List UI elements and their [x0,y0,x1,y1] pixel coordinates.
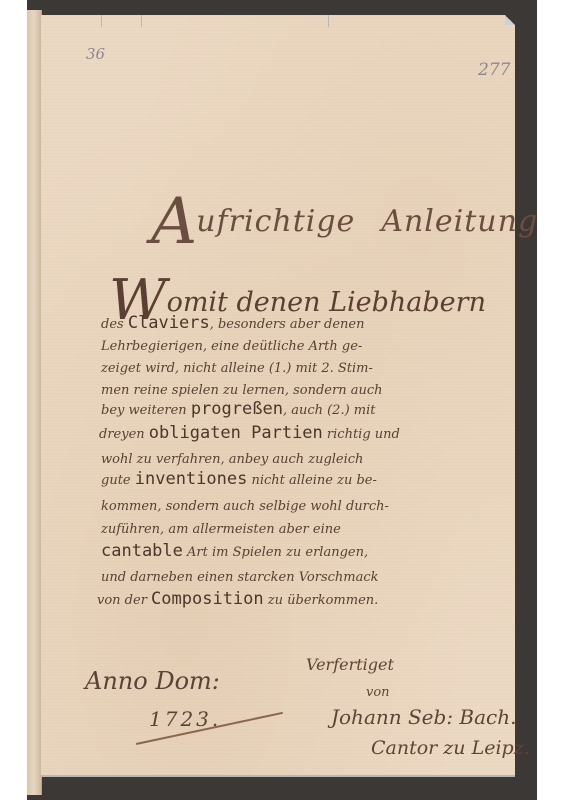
signature-verfertiget: Verfertiget [306,655,394,674]
text-line: cantable Art im Spielen zu erlangen, [101,543,368,560]
folio-number-right: 277 [478,60,510,80]
edge-mark [101,15,102,27]
text-line: zuführen, am allermeisten aber eine [101,520,341,537]
signature-von: von [366,685,390,700]
text-line: men reine spielen zu lernen, sondern auc… [101,381,383,398]
text-line: des Claviers, besonders aber denen [101,315,364,332]
text-line: bey weiteren progreßen, auch (2.) mit [101,401,376,418]
binding-strip [27,10,42,795]
text-line: von der Composition zu überkommen. [97,591,378,608]
edge-mark [141,15,142,27]
torn-corner [505,15,515,25]
page-title: AufrichtigeAnleitung [151,173,537,247]
text-line: und darneben einen starcken Vorschmack [101,568,379,585]
date-label: Anno Dom: [85,667,220,695]
signature-name: Johann Seb: Bach. [331,705,516,729]
edge-mark [328,15,329,27]
manuscript-page: 36 277 AufrichtigeAnleitung Womit denen … [41,15,515,777]
folio-number-left: 36 [86,45,105,63]
text-line: kommen, sondern auch selbige wohl durch- [101,497,389,514]
text-line: dreyen obligaten Partien richtig und [99,425,400,442]
title-word-1: ufrichtige [196,204,355,239]
text-line: Lehrbegierigen, eine deütliche Arth ge- [101,337,362,354]
title-word-2: Anleitung [381,204,537,239]
title-initial: A [151,185,198,259]
scan-background: 36 277 AufrichtigeAnleitung Womit denen … [27,0,537,800]
text-line: gute inventiones nicht alleine zu be- [101,471,377,488]
signature-title: Cantor zu Leipz. [371,737,530,759]
text-line: zeiget wird, nicht alleine (1.) mit 2. S… [101,359,373,376]
incipit-text: omit denen Liebhabern [167,287,486,318]
text-line: wohl zu verfahren, anbey auch zugleich [101,450,363,467]
